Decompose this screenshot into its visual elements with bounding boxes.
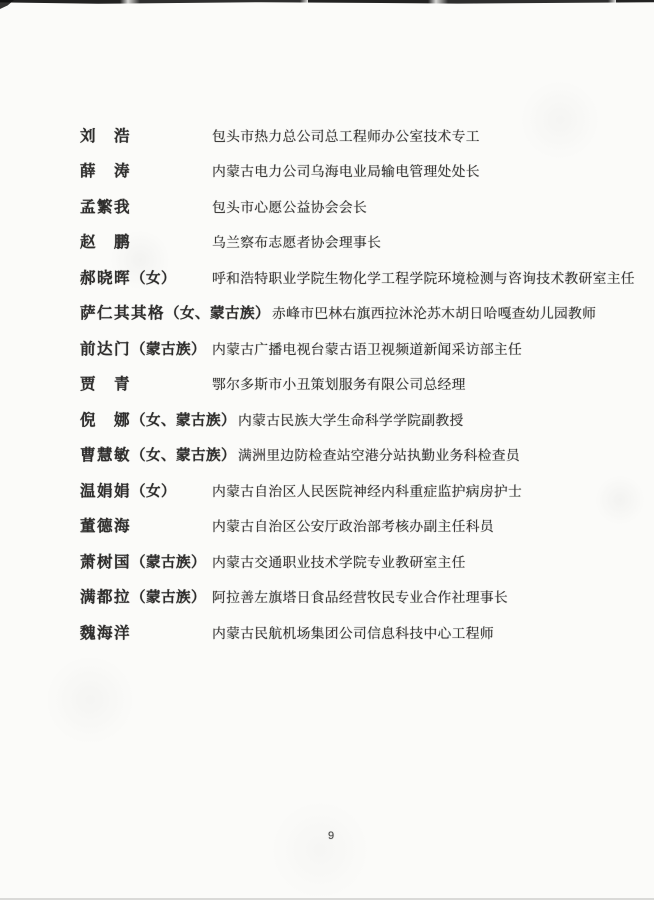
- list-item: 孟繁我 包头市心愿公益协会会长: [80, 195, 640, 217]
- person-name: 薛 涛: [80, 163, 131, 180]
- person-name: 萨仁其其格: [80, 305, 165, 322]
- person-name-cell: 倪 娜（女、蒙古族）: [80, 408, 238, 430]
- name-list: 刘 浩 包头市热力总公司总工程师办公室技术专工 薛 涛 内蒙古电力公司乌海电业局…: [80, 88, 640, 656]
- person-name: 满都拉: [80, 589, 131, 606]
- list-item: 赵 鹏 乌兰察布志愿者协会理事长: [80, 230, 640, 252]
- person-title: 乌兰察布志愿者协会理事长: [212, 231, 381, 251]
- list-item: 萧树国（蒙古族） 内蒙古交通职业技术学院专业教研室主任: [80, 550, 640, 572]
- person-title: 鄂尔多斯市小丑策划服务有限公司总经理: [212, 373, 466, 393]
- person-title: 呼和浩特职业学院生物化学工程学院环境检测与咨询技术教研室主任: [212, 267, 635, 287]
- person-title: 满洲里边防检查站空港分站执勤业务科检查员: [238, 444, 520, 464]
- person-title: 包头市心愿公益协会会长: [212, 196, 367, 216]
- person-title: 内蒙古交通职业技术学院专业教研室主任: [212, 551, 466, 571]
- list-item: 薛 涛 内蒙古电力公司乌海电业局输电管理处处长: [80, 159, 640, 181]
- person-title: 内蒙古民族大学生命科学学院副教授: [238, 409, 464, 429]
- person-note: （蒙古族）: [131, 555, 206, 571]
- person-name-cell: 前达门（蒙古族）: [80, 337, 212, 359]
- person-name-cell: 贾 青: [80, 372, 212, 394]
- list-item: 贾 青 鄂尔多斯市小丑策划服务有限公司总经理: [80, 372, 640, 394]
- person-name: 刘 浩: [80, 128, 131, 145]
- scan-artifact-corner: [0, 0, 14, 9]
- list-item: 倪 娜（女、蒙古族） 内蒙古民族大学生命科学学院副教授: [80, 408, 640, 430]
- person-title: 内蒙古广播电视台蒙古语卫视频道新闻采访部主任: [212, 338, 522, 358]
- list-item: 刘 浩 包头市热力总公司总工程师办公室技术专工: [80, 124, 640, 146]
- list-item: 魏海洋 内蒙古民航机场集团公司信息科技中心工程师: [80, 621, 640, 643]
- person-title: 阿拉善左旗塔日食品经营牧民专业合作社理事长: [212, 586, 508, 606]
- person-name: 赵 鹏: [80, 234, 131, 251]
- list-item: 温娟娟（女） 内蒙古自治区人民医院神经内科重症监护病房护士: [80, 479, 640, 501]
- person-name-cell: 萨仁其其格（女、蒙古族）: [80, 301, 272, 323]
- person-note: （蒙古族）: [131, 342, 206, 358]
- person-name-cell: 温娟娟（女）: [80, 479, 212, 501]
- list-item: 曹慧敏（女、蒙古族） 满洲里边防检查站空港分站执勤业务科检查员: [80, 443, 640, 465]
- person-name: 倪 娜: [80, 412, 131, 429]
- list-item: 萨仁其其格（女、蒙古族） 赤峰市巴林右旗西拉沐沦苏木胡日哈嘎查幼儿园教师: [80, 301, 640, 323]
- person-name-cell: 赵 鹏: [80, 230, 212, 252]
- person-note: （女、蒙古族）: [131, 448, 236, 464]
- list-item: 郝晓晖（女） 呼和浩特职业学院生物化学工程学院环境检测与咨询技术教研室主任: [80, 266, 640, 288]
- person-note: （女、蒙古族）: [165, 306, 270, 322]
- scan-artifact-top-edge: [0, 0, 654, 4]
- person-name: 董德海: [80, 518, 131, 535]
- scanned-document-page: 刘 浩 包头市热力总公司总工程师办公室技术专工 薛 涛 内蒙古电力公司乌海电业局…: [0, 0, 654, 900]
- person-name: 贾 青: [80, 376, 131, 393]
- person-note: （蒙古族）: [131, 590, 206, 606]
- person-note: （女）: [131, 484, 176, 500]
- person-name-cell: 薛 涛: [80, 159, 212, 181]
- person-note: （女）: [131, 271, 176, 287]
- person-name: 前达门: [80, 341, 131, 358]
- person-name-cell: 孟繁我: [80, 195, 212, 217]
- person-name: 孟繁我: [80, 199, 131, 216]
- person-title: 赤峰市巴林右旗西拉沐沦苏木胡日哈嘎查幼儿园教师: [272, 302, 596, 322]
- person-name-cell: 郝晓晖（女）: [80, 266, 212, 288]
- person-title: 包头市热力总公司总工程师办公室技术专工: [212, 125, 480, 145]
- person-title: 内蒙古电力公司乌海电业局输电管理处处长: [212, 160, 480, 180]
- person-title: 内蒙古民航机场集团公司信息科技中心工程师: [212, 622, 494, 642]
- person-name: 魏海洋: [80, 625, 131, 642]
- person-name: 郝晓晖: [80, 270, 131, 287]
- person-name-cell: 萧树国（蒙古族）: [80, 550, 212, 572]
- person-name-cell: 刘 浩: [80, 124, 212, 146]
- person-name-cell: 魏海洋: [80, 621, 212, 643]
- person-name-cell: 曹慧敏（女、蒙古族）: [80, 443, 238, 465]
- list-item: [80, 88, 640, 110]
- person-note: （女、蒙古族）: [131, 413, 236, 429]
- person-name: 萧树国: [80, 554, 131, 571]
- person-title: 内蒙古自治区人民医院神经内科重症监护病房护士: [212, 480, 522, 500]
- person-title: 内蒙古自治区公安厅政治部考核办副主任科员: [212, 515, 494, 535]
- page-number: 9: [328, 830, 334, 842]
- person-name: 温娟娟: [80, 483, 131, 500]
- list-item: 满都拉（蒙古族） 阿拉善左旗塔日食品经营牧民专业合作社理事长: [80, 585, 640, 607]
- list-item: 前达门（蒙古族） 内蒙古广播电视台蒙古语卫视频道新闻采访部主任: [80, 337, 640, 359]
- person-name-cell: 董德海: [80, 514, 212, 536]
- person-name: 曹慧敏: [80, 447, 131, 464]
- list-item: 董德海 内蒙古自治区公安厅政治部考核办副主任科员: [80, 514, 640, 536]
- person-name-cell: 满都拉（蒙古族）: [80, 585, 212, 607]
